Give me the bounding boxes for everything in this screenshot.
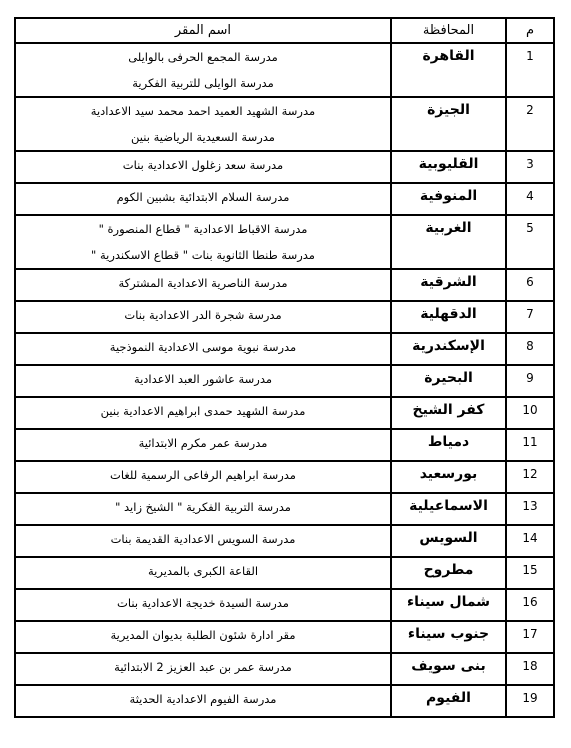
venue-line: مدرسة السويس الاعدادية القديمة بنات — [16, 526, 390, 552]
row-number-cell: 17 — [506, 621, 554, 653]
row-number-cell: 10 — [506, 397, 554, 429]
venue-cell: مدرسة عمر بن عبد العزيز 2 الابتدائية — [15, 653, 391, 685]
governorate-cell: السويس — [391, 525, 506, 557]
venue-line: مدرسة عمر مكرم الابتدائية — [16, 430, 390, 456]
table-row: 17جنوب سيناءمقر ادارة شئون الطلبة بديوان… — [15, 621, 554, 653]
table-row: 8الإسكندريةمدرسة نبوية موسى الاعدادية ال… — [15, 333, 554, 365]
row-number-cell: 1 — [506, 43, 554, 97]
venue-cell: مدرسة عمر مكرم الابتدائية — [15, 429, 391, 461]
venue-line: مدرسة عمر بن عبد العزيز 2 الابتدائية — [16, 654, 390, 680]
venue-cell: مدرسة عاشور العبد الاعدادية — [15, 365, 391, 397]
table-row: 1القاهرةمدرسة المجمع الحرفى بالوايلىمدرس… — [15, 43, 554, 97]
venue-line: مدرسة طنطا الثانوية بنات " قطاع الاسكندر… — [16, 242, 390, 268]
venue-cell: مدرسة سعد زغلول الاعدادية بنات — [15, 151, 391, 183]
venue-cell: مدرسة الفيوم الاعدادية الحديثة — [15, 685, 391, 717]
header-venue: اسم المقر — [15, 18, 391, 43]
governorate-cell: البحيرة — [391, 365, 506, 397]
governorate-cell: الاسماعيلية — [391, 493, 506, 525]
governorate-cell: دمياط — [391, 429, 506, 461]
governorate-cell: شمال سيناء — [391, 589, 506, 621]
table-row: 16شمال سيناءمدرسة السيدة خديجة الاعدادية… — [15, 589, 554, 621]
governorate-cell: مطروح — [391, 557, 506, 589]
venue-cell: مدرسة التربية الفكرية " الشيخ زايد " — [15, 493, 391, 525]
venue-line: مدرسة سعد زغلول الاعدادية بنات — [16, 152, 390, 178]
venue-cell: مدرسة السيدة خديجة الاعدادية بنات — [15, 589, 391, 621]
venue-line: مقر ادارة شئون الطلبة بديوان المديرية — [16, 622, 390, 648]
row-number-cell: 3 — [506, 151, 554, 183]
venues-table: م المحافظة اسم المقر 1القاهرةمدرسة المجم… — [14, 17, 555, 718]
governorate-cell: كفر الشيخ — [391, 397, 506, 429]
venue-cell: مدرسة الشهيد حمدى ابراهيم الاعدادية بنين — [15, 397, 391, 429]
table-row: 18بنى سويفمدرسة عمر بن عبد العزيز 2 الاب… — [15, 653, 554, 685]
venue-line: مدرسة ابراهيم الرفاعى الرسمية للغات — [16, 462, 390, 488]
venue-line: مدرسة السعيدية الرياضية بنين — [16, 124, 390, 150]
header-governorate: المحافظة — [391, 18, 506, 43]
table-row: 2الجيزةمدرسة الشهيد العميد احمد محمد سيد… — [15, 97, 554, 151]
governorate-cell: الجيزة — [391, 97, 506, 151]
venue-line: مدرسة نبوية موسى الاعدادية النموذجية — [16, 334, 390, 360]
table-row: 9البحيرةمدرسة عاشور العبد الاعدادية — [15, 365, 554, 397]
venue-cell: مدرسة الناصرية الاعدادية المشتركة — [15, 269, 391, 301]
row-number-cell: 7 — [506, 301, 554, 333]
table-body: 1القاهرةمدرسة المجمع الحرفى بالوايلىمدرس… — [15, 43, 554, 717]
venue-line: مدرسة شجرة الدر الاعدادية بنات — [16, 302, 390, 328]
venue-line: مدرسة الفيوم الاعدادية الحديثة — [16, 686, 390, 712]
row-number-cell: 8 — [506, 333, 554, 365]
venue-cell: مدرسة نبوية موسى الاعدادية النموذجية — [15, 333, 391, 365]
venue-line: مدرسة الشهيد العميد احمد محمد سيد الاعدا… — [16, 98, 390, 124]
row-number-cell: 19 — [506, 685, 554, 717]
venue-cell: مدرسة السلام الابتدائية بشبين الكوم — [15, 183, 391, 215]
governorate-cell: الإسكندرية — [391, 333, 506, 365]
venue-line: مدرسة المجمع الحرفى بالوايلى — [16, 44, 390, 70]
table-row: 14السويسمدرسة السويس الاعدادية القديمة ب… — [15, 525, 554, 557]
table-row: 4المنوفيةمدرسة السلام الابتدائية بشبين ا… — [15, 183, 554, 215]
row-number-cell: 6 — [506, 269, 554, 301]
venue-cell: مدرسة المجمع الحرفى بالوايلىمدرسة الوايل… — [15, 43, 391, 97]
governorate-cell: المنوفية — [391, 183, 506, 215]
document-page: م المحافظة اسم المقر 1القاهرةمدرسة المجم… — [0, 0, 571, 748]
venue-line: مدرسة الناصرية الاعدادية المشتركة — [16, 270, 390, 296]
venue-line: مدرسة الشهيد حمدى ابراهيم الاعدادية بنين — [16, 398, 390, 424]
venue-cell: مدرسة شجرة الدر الاعدادية بنات — [15, 301, 391, 333]
governorate-cell: جنوب سيناء — [391, 621, 506, 653]
header-number: م — [506, 18, 554, 43]
venue-cell: مقر ادارة شئون الطلبة بديوان المديرية — [15, 621, 391, 653]
row-number-cell: 9 — [506, 365, 554, 397]
table-row: 15مطروحالقاعة الكبرى بالمديرية — [15, 557, 554, 589]
table-row: 5الغربيةمدرسة الاقباط الاعدادية " قطاع ا… — [15, 215, 554, 269]
table-row: 6الشرقيةمدرسة الناصرية الاعدادية المشترك… — [15, 269, 554, 301]
governorate-cell: القاهرة — [391, 43, 506, 97]
venue-line: مدرسة عاشور العبد الاعدادية — [16, 366, 390, 392]
table-row: 12بورسعيدمدرسة ابراهيم الرفاعى الرسمية ل… — [15, 461, 554, 493]
venue-cell: مدرسة السويس الاعدادية القديمة بنات — [15, 525, 391, 557]
governorate-cell: الفيوم — [391, 685, 506, 717]
row-number-cell: 15 — [506, 557, 554, 589]
governorate-cell: الغربية — [391, 215, 506, 269]
governorate-cell: الشرقية — [391, 269, 506, 301]
venue-line: مدرسة السيدة خديجة الاعدادية بنات — [16, 590, 390, 616]
table-header-row: م المحافظة اسم المقر — [15, 18, 554, 43]
table-row: 11دمياطمدرسة عمر مكرم الابتدائية — [15, 429, 554, 461]
table-row: 10كفر الشيخمدرسة الشهيد حمدى ابراهيم الا… — [15, 397, 554, 429]
row-number-cell: 4 — [506, 183, 554, 215]
venue-line: مدرسة التربية الفكرية " الشيخ زايد " — [16, 494, 390, 520]
table-row: 7الدقهليةمدرسة شجرة الدر الاعدادية بنات — [15, 301, 554, 333]
row-number-cell: 16 — [506, 589, 554, 621]
table-row: 13الاسماعيليةمدرسة التربية الفكرية " الش… — [15, 493, 554, 525]
venue-cell: مدرسة الشهيد العميد احمد محمد سيد الاعدا… — [15, 97, 391, 151]
venue-cell: مدرسة الاقباط الاعدادية " قطاع المنصورة … — [15, 215, 391, 269]
row-number-cell: 14 — [506, 525, 554, 557]
row-number-cell: 12 — [506, 461, 554, 493]
table-row: 3القليوبيةمدرسة سعد زغلول الاعدادية بنات — [15, 151, 554, 183]
venue-line: القاعة الكبرى بالمديرية — [16, 558, 390, 584]
governorate-cell: القليوبية — [391, 151, 506, 183]
row-number-cell: 18 — [506, 653, 554, 685]
venue-line: مدرسة الاقباط الاعدادية " قطاع المنصورة … — [16, 216, 390, 242]
row-number-cell: 11 — [506, 429, 554, 461]
table-row: 19الفيوممدرسة الفيوم الاعدادية الحديثة — [15, 685, 554, 717]
row-number-cell: 5 — [506, 215, 554, 269]
venue-line: مدرسة السلام الابتدائية بشبين الكوم — [16, 184, 390, 210]
row-number-cell: 2 — [506, 97, 554, 151]
row-number-cell: 13 — [506, 493, 554, 525]
governorate-cell: بورسعيد — [391, 461, 506, 493]
venue-cell: مدرسة ابراهيم الرفاعى الرسمية للغات — [15, 461, 391, 493]
venue-line: مدرسة الوايلى للتربية الفكرية — [16, 70, 390, 96]
governorate-cell: بنى سويف — [391, 653, 506, 685]
venue-cell: القاعة الكبرى بالمديرية — [15, 557, 391, 589]
governorate-cell: الدقهلية — [391, 301, 506, 333]
